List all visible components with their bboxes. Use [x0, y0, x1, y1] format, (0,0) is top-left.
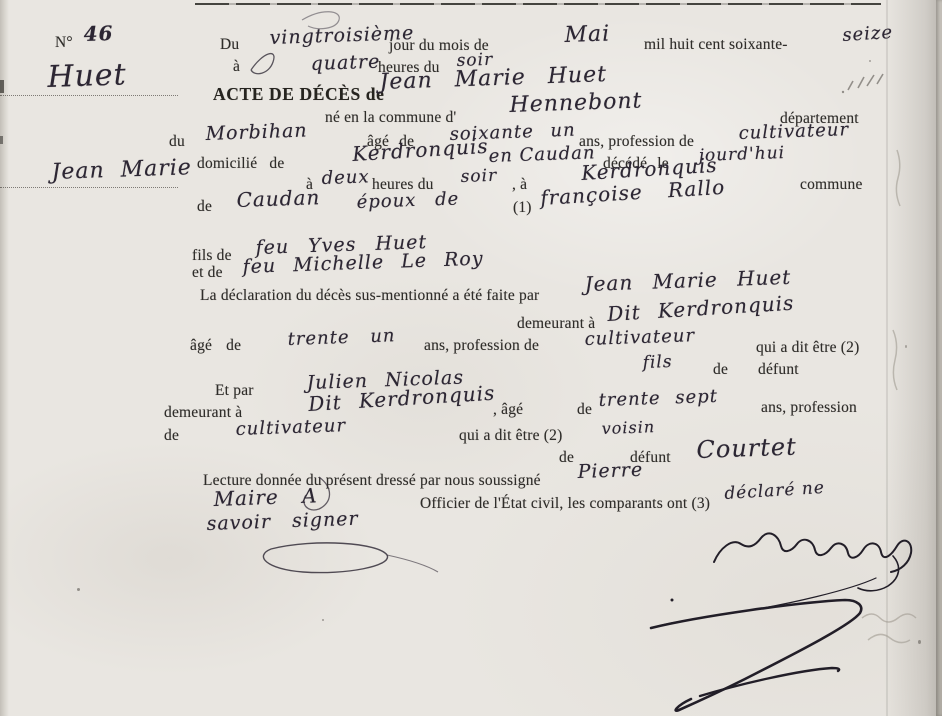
flourish-signer-tail	[387, 555, 438, 572]
pencil-marks	[842, 74, 883, 93]
printed-profession-2: ans, profession de	[424, 337, 539, 355]
page-fold-line	[886, 0, 888, 716]
margin-dotted-line-2	[0, 187, 178, 188]
hw-officer-surname: Courtet	[696, 433, 797, 464]
printed-de-1: de	[197, 198, 212, 216]
hw-declarant-residence: Dit Kerdronquis	[607, 291, 795, 326]
edge-mark-2	[0, 136, 3, 144]
hw-officer-title: Maire A	[213, 483, 318, 511]
hw-birth-commune: Hennebont	[509, 88, 643, 118]
hw-witness-relation: voisin	[601, 417, 655, 438]
printed-profession-3: ans, profession	[761, 399, 857, 417]
printed-et-par: Et par	[215, 382, 254, 400]
hw-profession-deceased: cultivateur	[738, 119, 849, 144]
hw-declarant-relation: fils	[642, 352, 673, 373]
printed-de-5: de	[559, 449, 574, 467]
printed-mil-huit-cent: mil huit cent soixante-	[644, 36, 788, 54]
printed-defunt-1: défunt	[758, 361, 799, 379]
paper-speck-4	[918, 640, 921, 644]
printed-de-4: de	[164, 427, 179, 445]
printed-de-2: de	[713, 361, 728, 379]
hw-hour-1: quatre	[310, 51, 380, 75]
hw-witness-profession: cultivateur	[235, 415, 346, 440]
hw-savoir-signer: savoir signer	[206, 508, 359, 535]
printed-ref-1: (1)	[513, 199, 532, 217]
death-register-page: N° 46 Huet Jean Marie Du vingtroisième j…	[0, 0, 942, 716]
page-right-edge	[884, 0, 942, 716]
printed-du: Du	[220, 36, 239, 54]
printed-commune: commune	[800, 176, 863, 194]
printed-qui-a-dit-1: qui a dit être (2)	[756, 339, 859, 357]
hw-officer-firstname: Pierre	[577, 459, 643, 483]
flourish-a	[251, 54, 274, 74]
margin-dotted-line-1	[0, 95, 178, 96]
hw-period-2: soir	[460, 166, 497, 187]
flourish-signer	[263, 543, 387, 573]
page-right-binding	[936, 0, 942, 716]
printed-qui-a-dit-2: qui a dit être (2)	[459, 427, 562, 445]
hw-declarant-age: trente un	[287, 325, 396, 350]
hw-epoux-de: époux de	[356, 188, 459, 213]
printed-fils-de: fils de	[192, 247, 232, 265]
hw-declare-ne: déclaré ne	[724, 478, 826, 504]
acte-number-label: N°	[55, 34, 73, 52]
printed-ne-commune: né en la commune d'	[325, 109, 456, 127]
hw-spouse-name: françoise Rallo	[540, 175, 726, 210]
page-left-edge	[0, 0, 9, 716]
printed-du-2: du	[169, 133, 185, 151]
printed-age-de-2: âgé de	[190, 337, 241, 355]
officer-signature	[714, 533, 911, 590]
margin-surname: Huet	[47, 57, 127, 95]
signature-paraph	[651, 578, 876, 711]
printed-et-de: et de	[192, 264, 223, 282]
margin-firstnames: Jean Marie	[51, 155, 192, 185]
paper-speck-1	[77, 588, 80, 591]
paper-speck-5	[905, 345, 907, 348]
printed-profession-1: ans, profession de	[579, 133, 694, 151]
printed-domicilie: domicilié de	[197, 155, 284, 173]
hw-witness-age: trente sept	[598, 386, 718, 411]
hw-departement: Morbihan	[205, 119, 308, 145]
hw-spouse-commune: Caudan	[236, 185, 321, 212]
printed-a-1: à	[233, 58, 240, 76]
printed-de-3: de	[577, 401, 592, 419]
separator-rule	[195, 3, 881, 5]
printed-comma-a: , à	[512, 176, 527, 194]
acte-title: ACTE DE DÉCÈS de	[213, 84, 385, 105]
hw-hour-2: deux	[321, 166, 370, 189]
hw-month: Mai	[564, 21, 611, 48]
hw-year: seize	[842, 22, 894, 46]
paper-speck-3	[869, 60, 871, 62]
paper-speck-2	[322, 619, 324, 621]
printed-declaration: La déclaration du décès sus-mentionné a …	[200, 287, 539, 305]
ink-overlay	[0, 0, 942, 716]
printed-demeurant-2: demeurant à	[164, 404, 242, 422]
printed-officier: Officier de l'État civil, les comparants…	[420, 495, 710, 513]
hw-declarant-profession: cultivateur	[584, 325, 695, 350]
acte-number-value: 46	[83, 21, 114, 46]
hw-declarant-name: Jean Marie Huet	[584, 265, 791, 296]
printed-age-3: , âgé	[493, 401, 523, 419]
edge-mark-1	[0, 80, 4, 93]
